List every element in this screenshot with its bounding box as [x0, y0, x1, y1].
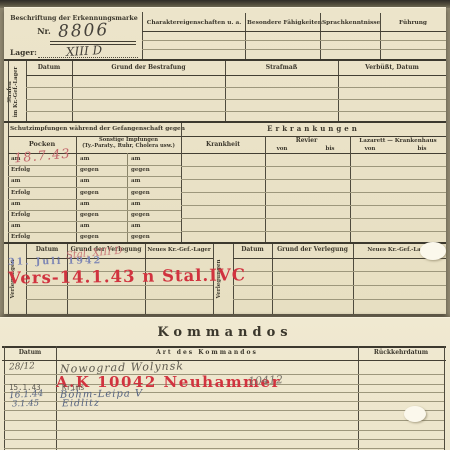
kommandos-col-rueckkehr: Rückkehrdatum: [358, 350, 444, 357]
col-lazarett: Lazarett — Krankenhaus: [351, 138, 445, 144]
rule: [8, 165, 181, 166]
rule: [8, 153, 446, 154]
divider: [320, 13, 321, 59]
rule: [4, 439, 444, 440]
rule: [8, 199, 181, 200]
nr-label: Nr.: [34, 27, 54, 36]
divider: [272, 244, 273, 314]
section-border: [4, 121, 446, 123]
verlegung-col-datum-l: Datum: [28, 247, 66, 254]
rule: [181, 166, 446, 167]
rule: [142, 49, 446, 50]
divider: [338, 61, 339, 123]
am-label: am: [131, 223, 140, 229]
col-sonstige-line2: (Ty.-Paraty., Ruhr, Cholera usw.): [78, 144, 179, 150]
strafen-col-grund: Grund der Bestrafung: [74, 65, 223, 72]
kommandos-col-datum: Datum: [4, 350, 56, 357]
rule: [8, 232, 181, 233]
row-date: 28/12: [9, 361, 35, 372]
am-label: am: [80, 156, 89, 162]
rule: [233, 258, 446, 259]
rule: [8, 187, 181, 188]
rule: [26, 111, 446, 112]
divider: [353, 244, 354, 314]
strafen-col-strafmass: Strafmaß: [227, 65, 336, 72]
gegen-label: gegen: [80, 190, 99, 196]
lazarett-von: von: [360, 146, 380, 152]
rule: [8, 221, 181, 222]
rule: [181, 231, 446, 232]
rule: [181, 205, 446, 206]
am-label: am: [11, 201, 20, 207]
am-label: am: [80, 201, 89, 207]
rule: [8, 210, 181, 211]
divider: [350, 136, 351, 244]
gegen-label: gegen: [131, 212, 150, 218]
revier-bis: bis: [320, 146, 340, 152]
divider-strong: [181, 123, 182, 244]
gegen-label: gegen: [131, 234, 150, 240]
rule: [2, 360, 446, 361]
divider: [444, 346, 445, 450]
am-label: am: [11, 178, 20, 184]
rule: [26, 87, 446, 88]
erfolg-label: Erfolg: [11, 212, 30, 218]
divider: [56, 346, 57, 450]
nr-underline: [50, 41, 136, 42]
paper-damage-hole: [420, 242, 446, 260]
verlegung-col-neues-l: Neues Kr.-Gef.-Lager: [147, 247, 211, 253]
row-detail-handwritten: Eidlitz: [62, 398, 100, 410]
gegen-label: gegen: [131, 167, 150, 173]
am-label: am: [80, 223, 89, 229]
rule: [26, 75, 446, 76]
rule: [4, 430, 444, 431]
divider: [142, 12, 143, 59]
personal-card-upper: Beschriftung der Erkennungsmarke Nr. 880…: [4, 7, 446, 314]
rule: [8, 136, 446, 137]
divider: [26, 61, 27, 123]
gegen-label: gegen: [80, 234, 99, 240]
strafen-col-verbuesst: Verbüßt, Datum: [340, 65, 444, 72]
col-fuehrung: Führung: [382, 20, 444, 27]
rule: [142, 31, 446, 32]
table-border: [2, 346, 446, 348]
col-sonstige: Sonstige Impfungen (Ty.-Paraty., Ruhr, C…: [78, 138, 179, 150]
rule: [233, 271, 446, 272]
punch-hole: [404, 406, 426, 422]
impfungen-title: Schutzimpfungen während der Gefangenscha…: [10, 126, 180, 133]
gegen-label: gegen: [80, 167, 99, 173]
rule: [233, 285, 446, 286]
row-date-handwritten: 3.1.45: [12, 399, 39, 410]
erfolg-label: Erfolg: [11, 167, 30, 173]
col-faehigkeiten: Besondere Fähigkeiten: [247, 20, 318, 27]
strafen-side-label: Strafen im Kr.-Gef.-Lager: [8, 62, 26, 122]
verlegung-col-grund-r: Grund der Verlegung: [274, 247, 351, 254]
divider: [76, 136, 77, 244]
rule: [181, 218, 446, 219]
scanned-pow-card: Beschriftung der Erkennungsmarke Nr. 880…: [0, 0, 450, 450]
lazarett-bis: bis: [412, 146, 432, 152]
divider: [265, 136, 266, 244]
rule: [181, 179, 446, 180]
nr-value-handwritten: 8806: [58, 20, 110, 42]
kommandos-card: Kommandos Datum Art des Kommandos Rückke…: [0, 317, 450, 450]
divider: [358, 346, 359, 450]
row-note-handwritten: 10412: [248, 373, 284, 388]
verlegung-col-datum-r: Datum: [235, 247, 270, 254]
divider: [225, 61, 226, 123]
lager-label: Lager:: [10, 49, 40, 58]
am-label: am: [11, 223, 20, 229]
col-sprachen: Sprachkenntnisse: [322, 20, 378, 27]
rule: [233, 299, 446, 300]
rule: [26, 299, 213, 300]
rule: [8, 176, 181, 177]
rule: [181, 192, 446, 193]
divider: [380, 13, 381, 59]
col-revier: Revier: [265, 138, 348, 145]
rule: [4, 448, 444, 449]
col-krankheit: Krankheit: [183, 142, 263, 149]
lager-dotted-line: [38, 57, 138, 58]
erfolg-label: Erfolg: [11, 234, 30, 240]
divider: [72, 61, 73, 123]
section-border: [4, 242, 446, 244]
erfolg-label: Erfolg: [11, 190, 30, 196]
kommandos-col-art: Art des Kommandos: [56, 350, 358, 357]
outer-border: [4, 346, 5, 450]
am-label: am: [131, 178, 140, 184]
am-label: am: [80, 178, 89, 184]
strafen-side-label-2: im Kr.-Gef.-Lager: [14, 62, 20, 122]
rule: [4, 410, 444, 411]
pocken-date-handwritten: 18.7.43: [13, 147, 71, 167]
kommandos-title: Kommandos: [0, 326, 450, 341]
am-label: am: [131, 156, 140, 162]
col-charakter: Charaktereigenschaften u. a.: [144, 20, 244, 27]
rule: [26, 99, 446, 100]
am-label: am: [131, 201, 140, 207]
rule: [4, 420, 444, 421]
strafen-col-datum: Datum: [28, 65, 70, 72]
divider: [245, 13, 246, 59]
revier-von: von: [272, 146, 292, 152]
gegen-label: gegen: [131, 190, 150, 196]
transfer-stamp: Vers-14.1.43 n Stal.IVC: [8, 265, 236, 287]
gegen-label: gegen: [80, 212, 99, 218]
rule: [142, 40, 446, 41]
erkrankungen-title: Erkrankungen: [183, 125, 444, 133]
